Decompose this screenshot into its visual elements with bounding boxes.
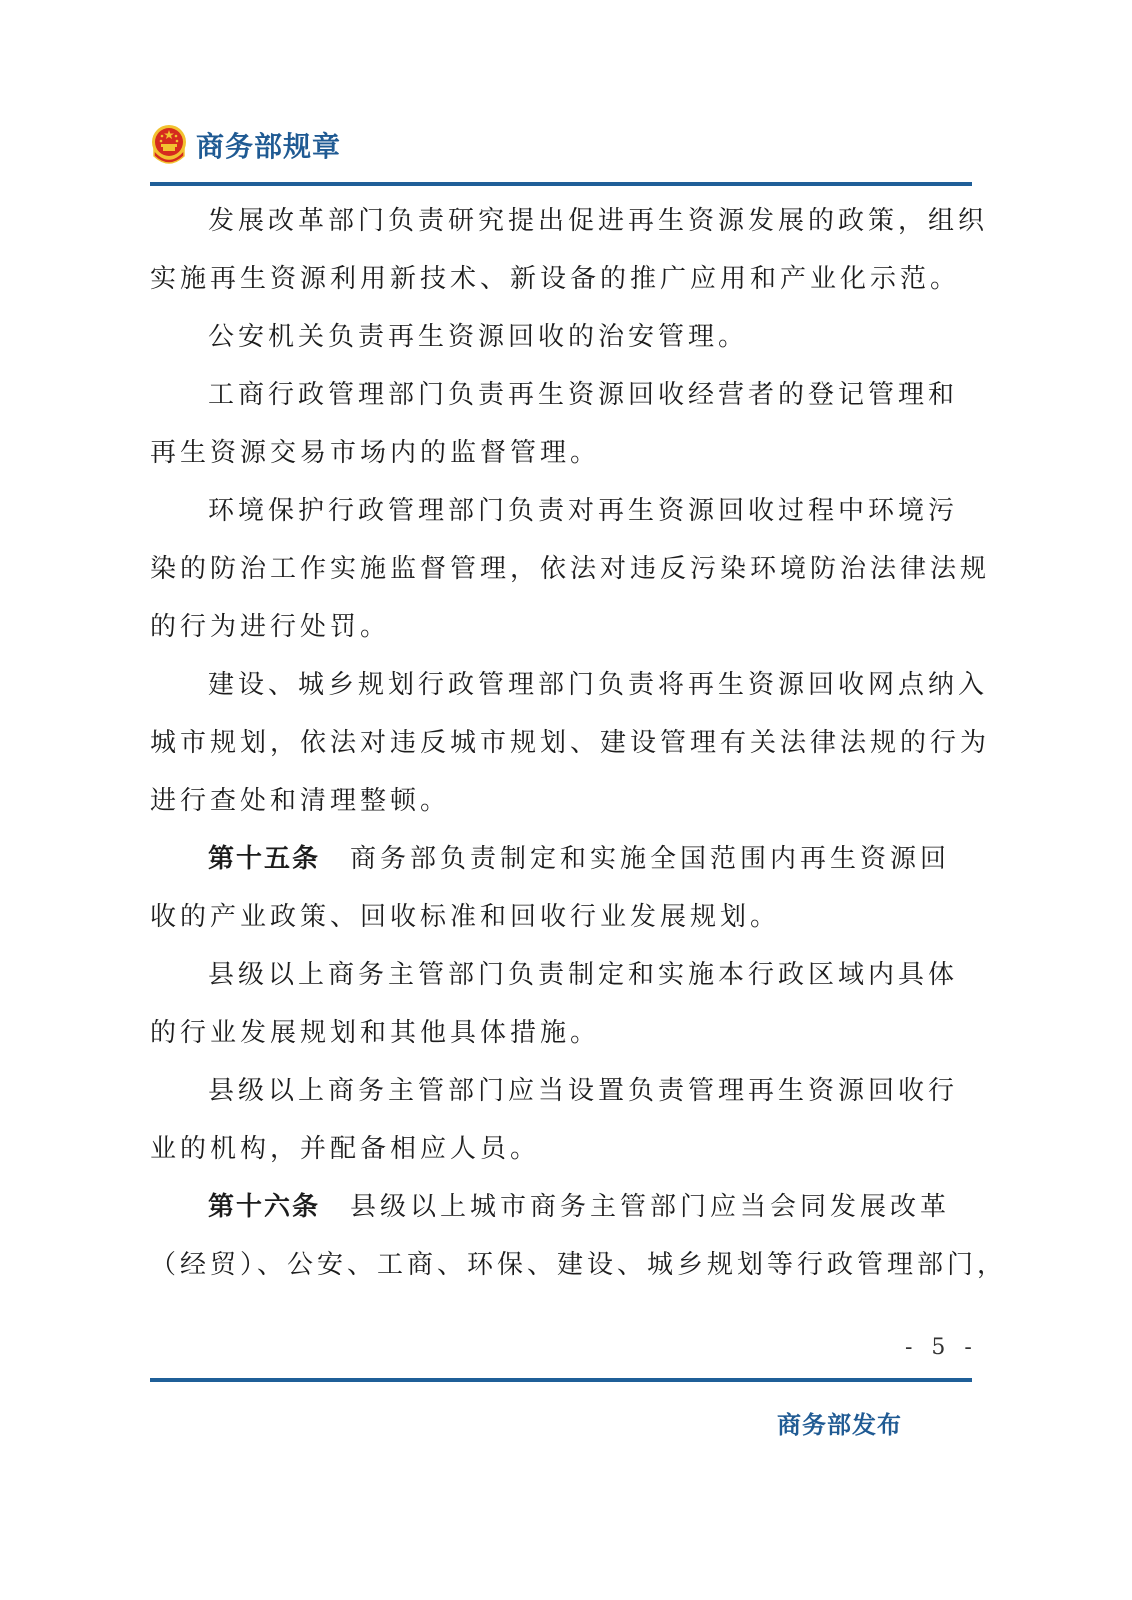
paragraph-line: 工商行政管理部门负责再生资源回收经营者的登记管理和 xyxy=(150,366,972,424)
article-number: 第十六条 xyxy=(208,1192,320,1222)
national-emblem-icon xyxy=(150,124,188,166)
footer-publisher: 商务部发布 xyxy=(777,1405,902,1440)
paragraph-line: 建设、城乡规划行政管理部门负责将再生资源回收网点纳入 xyxy=(150,656,972,714)
article-16-line: 第十六条县级以上城市商务主管部门应当会同发展改革 xyxy=(150,1178,972,1236)
paragraph-line: 收的产业政策、回收标准和回收行业发展规划。 xyxy=(150,888,972,946)
document-body: 发展改革部门负责研究提出促进再生资源发展的政策，组织 实施再生资源利用新技术、新… xyxy=(150,192,972,1294)
article-text: 商务部负责制定和实施全国范围内再生资源回 xyxy=(350,844,950,874)
paragraph-line: 的行业发展规划和其他具体措施。 xyxy=(150,1004,972,1062)
paragraph-line: 染的防治工作实施监督管理，依法对违反污染环境防治法律法规 xyxy=(150,540,972,598)
paragraph-line: 公安机关负责再生资源回收的治安管理。 xyxy=(150,308,972,366)
header-divider xyxy=(150,182,972,186)
article-15-line: 第十五条商务部负责制定和实施全国范围内再生资源回 xyxy=(150,830,972,888)
paragraph-line: 发展改革部门负责研究提出促进再生资源发展的政策，组织 xyxy=(150,192,972,250)
paragraph-line: 再生资源交易市场内的监督管理。 xyxy=(150,424,972,482)
paragraph-line: 县级以上商务主管部门应当设置负责管理再生资源回收行 xyxy=(150,1062,972,1120)
header-title: 商务部规章 xyxy=(196,125,341,165)
article-text: 县级以上城市商务主管部门应当会同发展改革 xyxy=(350,1192,950,1222)
footer-divider xyxy=(150,1378,972,1382)
paragraph-line: 城市规划，依法对违反城市规划、建设管理有关法律法规的行为 xyxy=(150,714,972,772)
page-number: - 5 - xyxy=(905,1335,978,1360)
paragraph-line: 县级以上商务主管部门负责制定和实施本行政区域内具体 xyxy=(150,946,972,1004)
paragraph-line: 实施再生资源利用新技术、新设备的推广应用和产业化示范。 xyxy=(150,250,972,308)
article-number: 第十五条 xyxy=(208,844,320,874)
paragraph-line: 业的机构，并配备相应人员。 xyxy=(150,1120,972,1178)
document-header: 商务部规章 xyxy=(150,122,341,168)
paragraph-line: 进行查处和清理整顿。 xyxy=(150,772,972,830)
paragraph-line: 环境保护行政管理部门负责对再生资源回收过程中环境污 xyxy=(150,482,972,540)
paragraph-line: 的行为进行处罚。 xyxy=(150,598,972,656)
paragraph-line: （经贸）、公安、工商、环保、建设、城乡规划等行政管理部门， xyxy=(150,1236,972,1294)
